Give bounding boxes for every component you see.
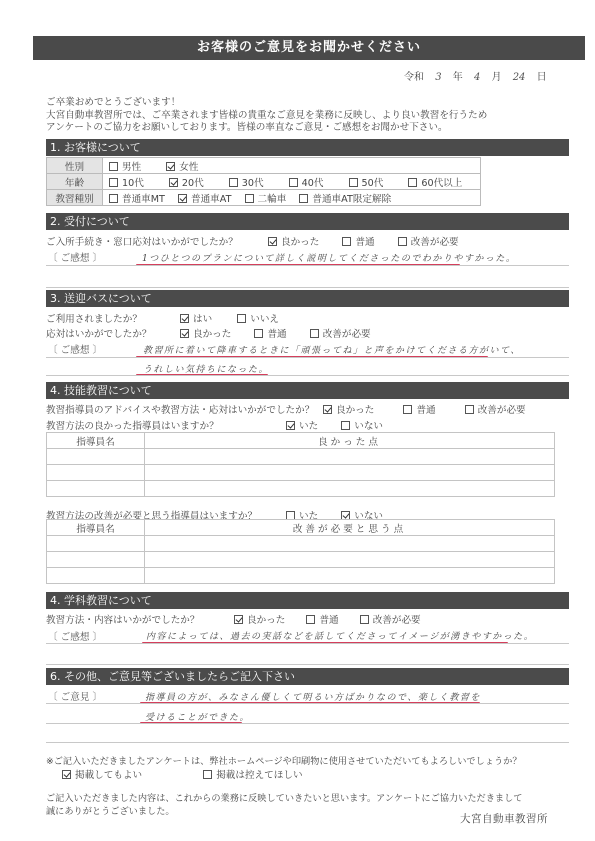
thanks-line-1: ご記入いただきました内容は、これからの業務に反映していきたいと思います。アンケー…	[46, 790, 522, 804]
ruled-line	[46, 703, 569, 704]
checkbox-checked-icon[interactable]	[180, 329, 189, 338]
col-instructor-name: 指導員名	[47, 520, 145, 536]
checkbox-checked-icon[interactable]	[169, 178, 178, 187]
checkbox-icon[interactable]	[403, 405, 412, 414]
table-row	[47, 536, 555, 552]
checkbox-icon[interactable]	[349, 178, 358, 187]
table-row	[47, 568, 555, 584]
checkbox-icon[interactable]	[245, 194, 254, 203]
option-at-limit-removal[interactable]: 普通車AT限定解除	[299, 191, 391, 205]
checkbox-icon[interactable]	[465, 405, 474, 414]
course-label: 教習種別	[47, 190, 103, 206]
thanks-line-2: 誠にありがとうございました。	[46, 803, 175, 817]
intro-text: ご卒業おめでとうございます！ 大宮自動車教習所では、ご卒業されます皆様の貴重なご…	[46, 97, 487, 135]
option-average[interactable]: 普通	[254, 326, 286, 340]
instructor-question: 教習指導員のアドバイスや教習方法・応対はいかがでしたか？ 良かった 普通 改善が…	[46, 402, 314, 416]
improvement-points-cell[interactable]	[145, 536, 555, 552]
option-good[interactable]: 良かった	[180, 326, 231, 340]
comment-label: 〔 ご感想 〕	[48, 250, 102, 264]
customer-info-table: 性別 男性 女性 年齢 10代 20代 30代 40代 50代 60代以上 教習…	[46, 157, 481, 206]
checkbox-icon[interactable]	[360, 615, 369, 624]
question-text: 教習指導員のアドバイスや教習方法・応対はいかがでしたか？	[46, 405, 314, 416]
checkbox-checked-icon[interactable]	[180, 314, 189, 323]
checkbox-icon[interactable]	[342, 237, 351, 246]
survey-title: お客様のご意見をお聞かせください	[33, 36, 585, 60]
instructor-name-cell[interactable]	[47, 449, 145, 465]
table-row	[47, 481, 555, 497]
date-day[interactable]: 24	[513, 72, 526, 83]
checkbox-icon[interactable]	[203, 770, 212, 779]
checkbox-icon[interactable]	[254, 329, 263, 338]
option-average[interactable]: 普通	[403, 402, 435, 416]
question-text: 応対はいかがでしたか？	[46, 329, 152, 340]
instructor-name-cell[interactable]	[47, 465, 145, 481]
opinion-label: 〔 ご意見 〕	[48, 689, 102, 703]
checkbox-icon[interactable]	[341, 421, 350, 430]
bus-usage-question: ご利用されましたか？ はい いいえ	[46, 311, 142, 325]
ruled-line	[46, 723, 569, 724]
instructor-name-cell[interactable]	[47, 568, 145, 584]
option-good[interactable]: 良かった	[323, 402, 374, 416]
ruled-line	[46, 742, 569, 743]
ruled-line	[46, 664, 569, 665]
option-publish-no[interactable]: 掲載は控えてほしい	[203, 767, 302, 781]
checkbox-icon[interactable]	[310, 329, 319, 338]
publish-question: ※ご記入いただきましたアンケートは、弊社ホームページや印刷物に使用させていただい…	[46, 753, 522, 767]
checkbox-checked-icon[interactable]	[234, 615, 243, 624]
date-year[interactable]: 3	[435, 72, 441, 83]
option-age-50s[interactable]: 50代	[349, 175, 384, 189]
good-instructor-table: 指導員名 良かった点	[46, 432, 555, 497]
checkbox-checked-icon[interactable]	[62, 770, 71, 779]
table-header-row: 指導員名 改善が必要と思う点	[47, 520, 555, 536]
date-day-unit: 日	[537, 68, 547, 83]
checkbox-checked-icon[interactable]	[286, 421, 295, 430]
intro-line-2: 大宮自動車教習所では、ご卒業されます皆様の貴重なご意見を業務に反映し、より良い教…	[46, 110, 487, 123]
bus-service-question: 応対はいかがでしたか？ 良かった 普通 改善が必要	[46, 326, 152, 340]
section-1-header: 1. お客様について	[46, 139, 569, 156]
table-row	[47, 465, 555, 481]
question-text: ご利用されましたか？	[46, 314, 142, 325]
date-month-unit: 月	[492, 68, 502, 83]
reception-question: ご入所手続き・窓口応対はいかがでしたか？ 良かった 普通 改善が必要	[46, 234, 238, 248]
question-text: 教習方法の良かった指導員はいますか？	[46, 421, 219, 432]
option-age-60s-plus[interactable]: 60代以上	[408, 175, 462, 189]
intro-line-1: ご卒業おめでとうございます！	[46, 97, 487, 110]
option-age-20s[interactable]: 20代	[169, 175, 204, 189]
table-row	[47, 449, 555, 465]
option-age-10s[interactable]: 10代	[109, 175, 144, 189]
checkbox-checked-icon[interactable]	[166, 162, 175, 171]
checkbox-icon[interactable]	[109, 194, 118, 203]
option-age-30s[interactable]: 30代	[229, 175, 264, 189]
table-row	[47, 552, 555, 568]
course-row: 教習種別 普通車MT 普通車AT 二輪車 普通車AT限定解除	[47, 190, 481, 206]
option-needs-improvement[interactable]: 改善が必要	[398, 234, 459, 248]
good-points-cell[interactable]	[145, 465, 555, 481]
publish-options: 掲載してもよい 掲載は控えてほしい	[62, 767, 317, 781]
section-2-header: 2. 受付について	[46, 213, 569, 230]
ruled-line	[46, 287, 569, 288]
good-points-cell[interactable]	[145, 481, 555, 497]
checkbox-icon[interactable]	[306, 615, 315, 624]
option-needs-improvement[interactable]: 改善が必要	[360, 612, 421, 626]
ruled-line	[46, 643, 569, 644]
option-mt[interactable]: 普通車MT	[109, 191, 165, 205]
instructor-name-cell[interactable]	[47, 536, 145, 552]
checkbox-icon[interactable]	[398, 237, 407, 246]
organization-name: 大宮自動車教習所	[460, 811, 548, 826]
handwritten-comment[interactable]: 内容によっては、過去の実話などを話してくださってイメージが湧きやすかった。	[146, 629, 534, 642]
age-label: 年齢	[47, 174, 103, 190]
date-year-unit: 年	[453, 68, 463, 83]
col-good-points: 良かった点	[145, 433, 555, 449]
improvement-points-cell[interactable]	[145, 552, 555, 568]
ruled-line	[46, 357, 569, 358]
option-average[interactable]: 普通	[306, 612, 338, 626]
intro-line-3: アンケートのご協力をお願いしております。皆様の率直なご意見・ご感想をお聞かせ下さ…	[46, 122, 487, 135]
section-5-header: 4. 学科教習について	[46, 592, 569, 609]
handwritten-comment[interactable]: 1つひとつのプランについて詳しく説明してくださったのでわかりやすかった。	[142, 251, 516, 264]
option-motorcycle[interactable]: 二輪車	[245, 191, 287, 205]
section-3-header: 3. 送迎バスについて	[46, 290, 569, 307]
option-no[interactable]: いいえ	[237, 311, 279, 325]
checkbox-checked-icon[interactable]	[268, 237, 277, 246]
option-good[interactable]: 良かった	[234, 612, 285, 626]
question-text: 教習方法・内容はいかがでしたか？	[46, 615, 200, 626]
good-instructor-question: 教習方法の良かった指導員はいますか？ いた いない	[46, 418, 219, 432]
section-6-header: 6. その他、ご意見等ございましたらご記入下さい	[46, 668, 569, 685]
date-month[interactable]: 4	[474, 72, 480, 83]
col-instructor-name: 指導員名	[47, 433, 145, 449]
checkbox-icon[interactable]	[237, 314, 246, 323]
table-header-row: 指導員名 良かった点	[47, 433, 555, 449]
option-needs-improvement[interactable]: 改善が必要	[465, 402, 526, 416]
checkbox-icon[interactable]	[299, 194, 308, 203]
comment-label: 〔 ご感想 〕	[48, 629, 102, 643]
option-publish-ok[interactable]: 掲載してもよい	[62, 767, 142, 781]
col-improvement-points: 改善が必要と思う点	[145, 520, 555, 536]
instructor-name-cell[interactable]	[47, 481, 145, 497]
checkbox-icon[interactable]	[109, 178, 118, 187]
checkbox-icon[interactable]	[229, 178, 238, 187]
option-needs-improvement[interactable]: 改善が必要	[310, 326, 371, 340]
gender-row: 性別 男性 女性	[47, 158, 481, 174]
comment-label: 〔 ご感想 〕	[48, 342, 102, 356]
option-average[interactable]: 普通	[342, 234, 374, 248]
checkbox-icon[interactable]	[109, 162, 118, 171]
option-good[interactable]: 良かった	[268, 234, 319, 248]
option-no[interactable]: いない	[341, 418, 383, 432]
handwritten-comment[interactable]: 教習所に着いて降車するときに「頑張ってね」と声をかけてくださる方がいて、	[143, 343, 521, 356]
checkbox-icon[interactable]	[408, 178, 417, 187]
age-row: 年齢 10代 20代 30代 40代 50代 60代以上	[47, 174, 481, 190]
checkbox-icon[interactable]	[289, 178, 298, 187]
section-4-header: 4. 技能教習について	[46, 382, 569, 399]
ruled-line	[46, 265, 569, 266]
option-at[interactable]: 普通車AT	[178, 191, 231, 205]
question-text: ご入所手続き・窓口応対はいかがでしたか？	[46, 237, 238, 248]
option-male[interactable]: 男性	[109, 159, 141, 173]
option-yes[interactable]: はい	[180, 311, 212, 325]
improvement-points-cell[interactable]	[145, 568, 555, 584]
date-line: 令和 3 年 4 月 24 日	[404, 68, 555, 83]
good-points-cell[interactable]	[145, 449, 555, 465]
ruled-line	[46, 375, 569, 376]
instructor-name-cell[interactable]	[47, 552, 145, 568]
checkbox-checked-icon[interactable]	[178, 194, 187, 203]
checkbox-checked-icon[interactable]	[323, 405, 332, 414]
option-age-40s[interactable]: 40代	[289, 175, 324, 189]
gender-label: 性別	[47, 158, 103, 174]
date-era: 令和	[404, 68, 424, 83]
option-yes[interactable]: いた	[286, 418, 318, 432]
option-female[interactable]: 女性	[166, 159, 198, 173]
lecture-question: 教習方法・内容はいかがでしたか？ 良かった 普通 改善が必要	[46, 612, 200, 626]
improve-instructor-table: 指導員名 改善が必要と思う点	[46, 519, 555, 584]
